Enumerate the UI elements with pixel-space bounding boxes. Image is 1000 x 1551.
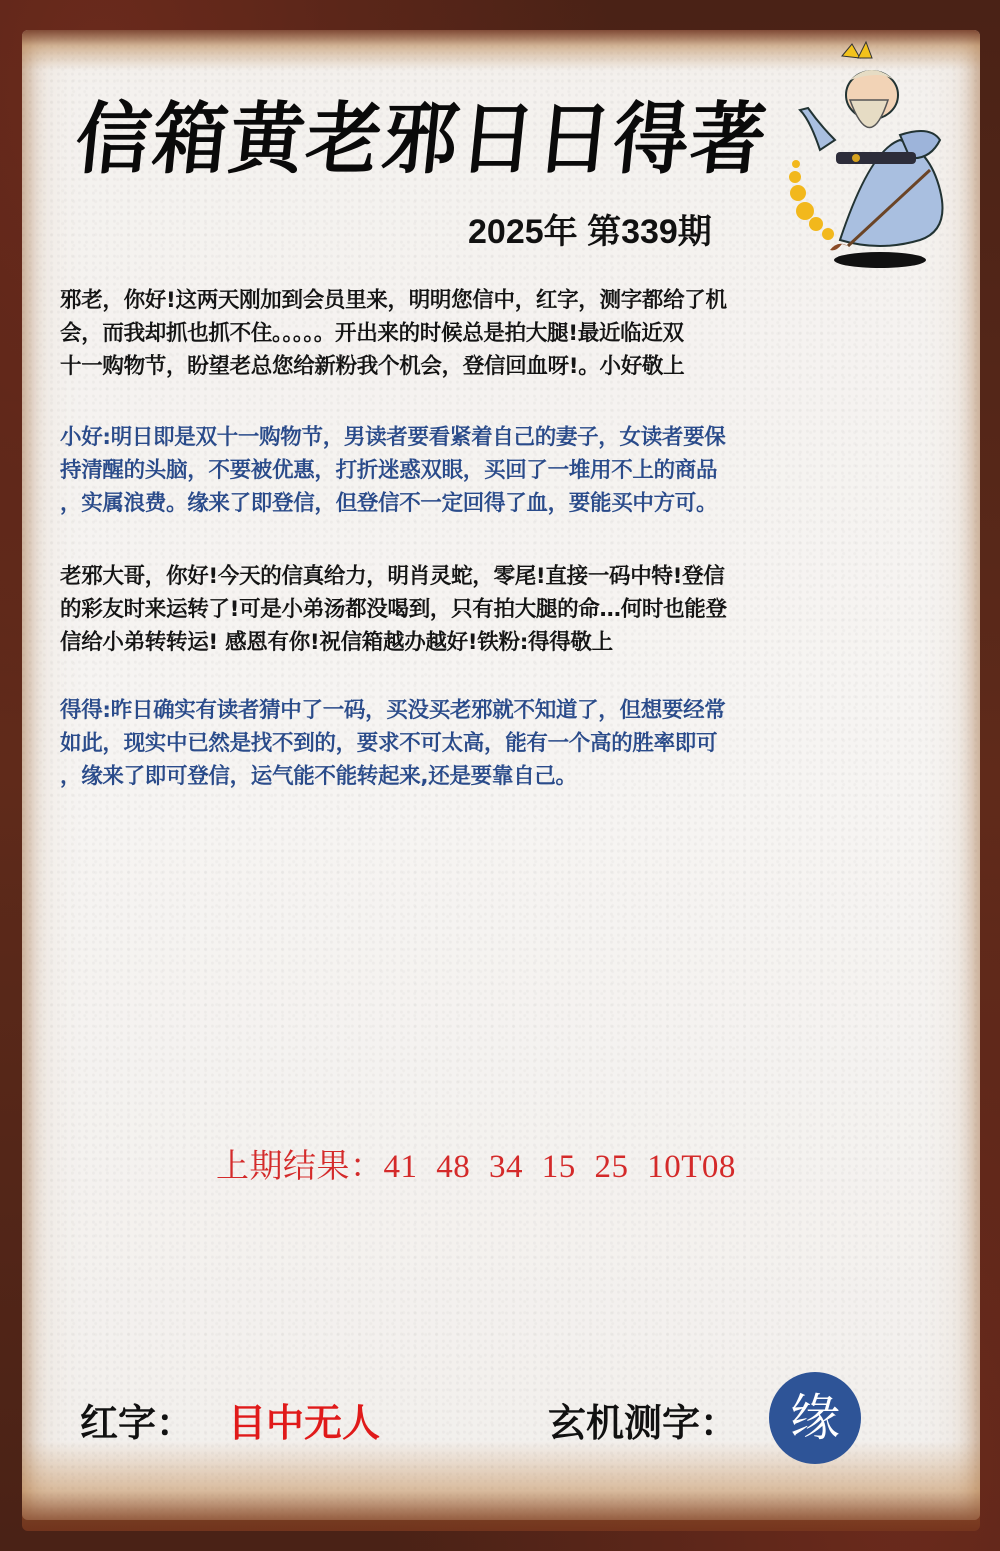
reply-line: 得得:昨日确实有读者猜中了一码，买没买老邪就不知道了，但想要经常 bbox=[60, 694, 940, 727]
letter-line: 老邪大哥，你好!今天的信真给力，明肖灵蛇，零尾!直接一码中特!登信 bbox=[60, 560, 940, 593]
letter-line: 的彩友时来运转了!可是小弟汤都没喝到，只有拍大腿的命…何时也能登 bbox=[60, 593, 940, 626]
reply-line: 持清醒的头脑，不要被优惠，打折迷惑双眼，买回了一堆用不上的商品 bbox=[60, 454, 940, 487]
reader-letter-2: 老邪大哥，你好!今天的信真给力，明肖灵蛇，零尾!直接一码中特!登信 的彩友时来运… bbox=[60, 560, 940, 659]
red-word-value: 目中无人 bbox=[228, 1392, 380, 1447]
reply-line: 如此，现实中已然是找不到的，要求不可太高，能有一个高的胜率即可 bbox=[60, 727, 940, 760]
letter-line: 信给小弟转转运! 感恩有你!祝信箱越办越好!铁粉:得得敬上 bbox=[60, 626, 940, 659]
reply-2: 得得:昨日确实有读者猜中了一码，买没买老邪就不知道了，但想要经常 如此，现实中已… bbox=[60, 694, 940, 793]
character-test-label: 玄机测字： bbox=[548, 1392, 738, 1447]
taoist-sage-mascot-icon bbox=[780, 40, 980, 280]
letter-line: 十一购物节，盼望老总您给新粉我个机会，登信回血呀!。小好敬上 bbox=[60, 350, 940, 383]
character-test-badge: 缘 bbox=[769, 1372, 861, 1464]
reply-line: ，实属浪费。缘来了即登信，但登信不一定回得了血，要能买中方可。 bbox=[60, 487, 940, 520]
previous-result: 上期结果：41 48 34 15 25 10T08 bbox=[216, 1140, 736, 1187]
result-numbers: 41 48 34 15 25 10T08 bbox=[384, 1149, 736, 1185]
reply-line: ，缘来了即可登信，运气能不能转起来,还是要靠自己。 bbox=[60, 760, 940, 793]
red-word-label: 红字： bbox=[80, 1392, 194, 1447]
character-test-value: 缘 bbox=[790, 1393, 840, 1443]
reply-line: 小好:明日即是双十一购物节，男读者要看紧着自己的妻子，女读者要保 bbox=[60, 421, 940, 454]
issue-number: 2025年 第339期 bbox=[468, 204, 712, 253]
result-label: 上期结果： bbox=[216, 1149, 384, 1185]
page-title: 信箱黄老邪日日得著 bbox=[71, 90, 772, 190]
letter-line: 会，而我却抓也抓不住。。。。。开出来的时候总是拍大腿!最近临近双 bbox=[60, 317, 940, 350]
reply-1: 小好:明日即是双十一购物节，男读者要看紧着自己的妻子，女读者要保 持清醒的头脑，… bbox=[60, 421, 940, 520]
letter-line: 邪老，你好!这两天刚加到会员里来，明明您信中，红字，测字都给了机 bbox=[60, 284, 940, 317]
reader-letter-1: 邪老，你好!这两天刚加到会员里来，明明您信中，红字，测字都给了机 会，而我却抓也… bbox=[60, 284, 940, 383]
